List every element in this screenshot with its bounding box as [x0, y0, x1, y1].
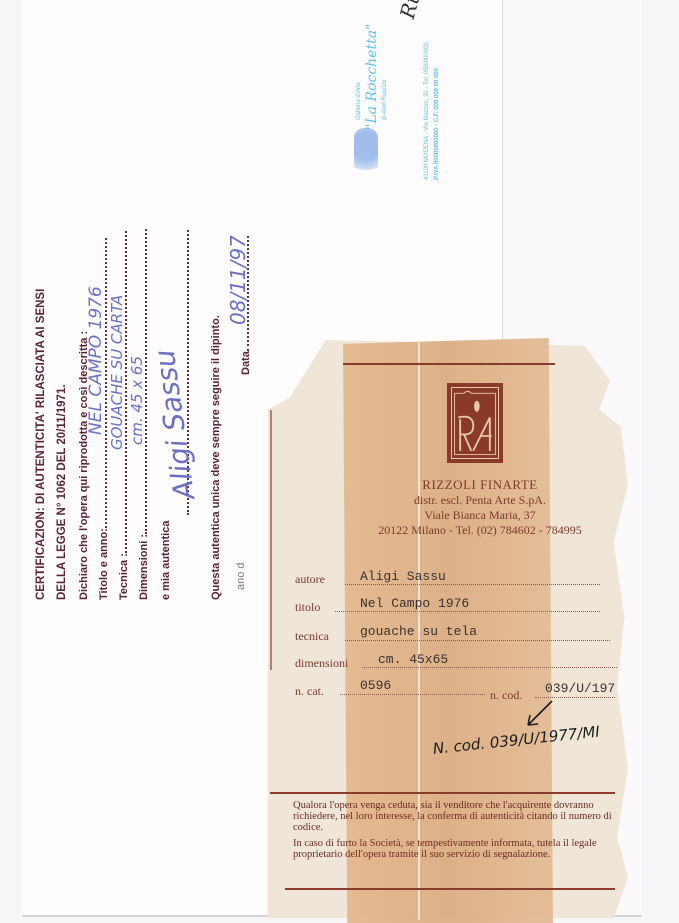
field-value-dimensioni: cm. 45x65 — [378, 652, 448, 667]
note-bottom-rule — [285, 888, 615, 890]
field-value-titolo: Nel Campo 1976 — [360, 596, 469, 611]
rizzoli-finarte-logo — [447, 383, 503, 463]
stamp-line-1: Galleria d'Arte — [356, 82, 362, 120]
gallery-stamp: Galleria d'Arte "La Rocchetta" di Aldo R… — [352, 10, 447, 180]
label-top-rule — [343, 363, 555, 365]
field-line — [335, 611, 600, 612]
field-label-titolo: titolo — [295, 600, 320, 615]
theft-note: In caso di furto la Società, se tempesti… — [293, 838, 638, 860]
code-value: 039/U/197 — [545, 681, 615, 696]
field-line — [345, 584, 600, 585]
ra-monogram-icon — [449, 385, 501, 461]
field-value-cat: 0596 — [360, 678, 391, 693]
field-line — [362, 667, 617, 668]
transfer-note: Qualora l'opera venga ceduta, sia il ven… — [293, 800, 638, 833]
note-top-rule — [270, 792, 615, 794]
field-value-tecnica: gouache su tela — [360, 624, 477, 639]
code-label: n. cod. — [490, 688, 522, 703]
field-label-cat: n. cat. — [295, 684, 324, 699]
cert-heading-2: DELLA LEGGE N° 1062 DEL 20/11/1971. — [56, 384, 68, 600]
field-line — [345, 640, 610, 641]
date-label: Data — [240, 351, 252, 375]
date-handwritten: 08/11/97 — [226, 235, 250, 325]
stamp-line-3: di Aldo Ruocco — [382, 80, 388, 120]
scanned-document: Galleria d'Arte "La Rocchetta" di Aldo R… — [0, 0, 679, 923]
stamp-figure-icon — [354, 128, 378, 178]
company-phone: 20122 Milano - Tel. (02) 784602 - 784995 — [280, 523, 679, 538]
artist-signature: Aligi Sassu — [148, 347, 202, 501]
company-distributor: distr. escl. Penta Arte S.pA. — [280, 493, 679, 508]
authentic-label: e mia autentica — [160, 521, 172, 600]
company-address: Viale Bianca Maria, 37 — [280, 508, 679, 523]
field-label-autore: autore — [295, 572, 325, 587]
technique-label: Tecnica : — [118, 553, 130, 600]
title-label: Titolo e anno: — [98, 528, 110, 600]
field-label-dimensioni: dimensioni — [295, 656, 348, 671]
company-name: RIZZOLI FINARTE — [280, 477, 679, 493]
technique-handwritten: GOUACHE SU CARTA — [108, 295, 126, 450]
field-value-autore: Aligi Sassu — [360, 569, 446, 584]
cert-heading-1: CERTIFICAZION: DI AUTENTICITA' RILASCIAT… — [35, 289, 47, 600]
authenticity-certificate: CERTIFICAZION: DI AUTENTICITA' RILASCIAT… — [30, 220, 275, 600]
cert-footer-note: Questa autentica unica deve sempre segui… — [210, 315, 222, 600]
cert-partial-text: ano d — [235, 562, 247, 590]
stamp-line-5: P.IVA 00000000000 - C.F. 000 000 00 000 — [434, 68, 440, 180]
field-line — [340, 694, 485, 695]
stamp-line-4: 41100 MODENA - Via Mazzini, 32 - Tel. 05… — [424, 42, 430, 180]
stamp-line-2: "La Rocchetta" — [364, 23, 380, 130]
field-label-tecnica: tecnica — [295, 629, 329, 644]
dimensions-label: Dimensioni : — [138, 534, 150, 600]
dimensions-handwritten: cm. 45 x 65 — [128, 356, 146, 445]
label-left-rule — [270, 410, 272, 670]
title-handwritten: NEL CAMPO 1976 — [86, 286, 106, 435]
